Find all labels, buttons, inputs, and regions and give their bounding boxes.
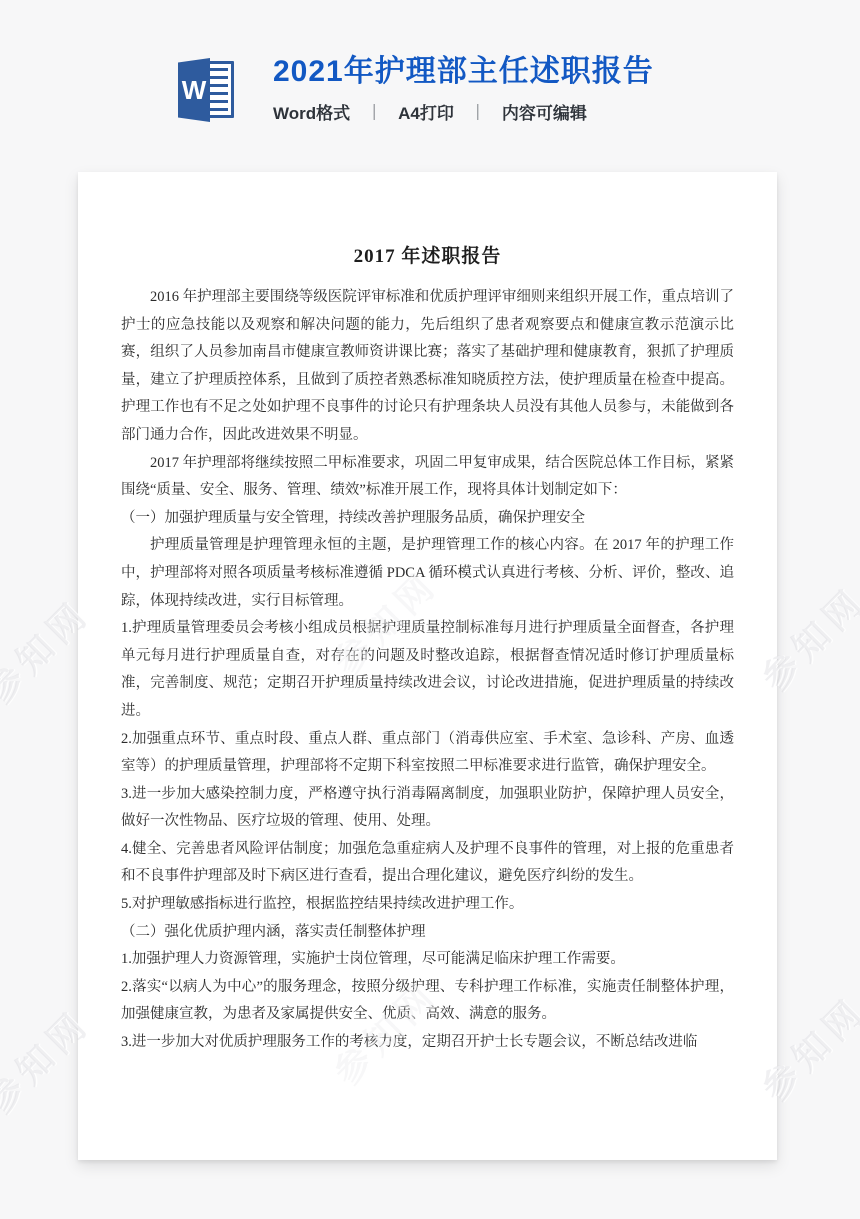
report-section-heading: （一）加强护理质量与安全管理，持续改善护理服务品质，确保护理安全: [121, 505, 734, 533]
document-format-subtitle: Word格式 ｜ A4打印 ｜ 内容可编辑: [273, 99, 654, 124]
format-badge-editable: 内容可编辑: [502, 99, 587, 124]
report-list-item: 2.加强重点环节、重点时段、重点人群、重点部门（消毒供应室、手术室、急诊科、产房…: [121, 726, 734, 781]
report-list-item: 1.加强护理人力资源管理，实施护士岗位管理，尽可能满足临床护理工作需要。: [121, 946, 734, 974]
report-list-item: 5.对护理敏感指标进行监控，根据监控结果持续改进护理工作。: [121, 891, 734, 919]
report-paragraph: 2017 年护理部将继续按照二甲标准要求，巩固二甲复审成果，结合医院总体工作目标…: [121, 450, 734, 505]
report-list-item: 3.进一步加大感染控制力度，严格遵守执行消毒隔离制度，加强职业防护，保障护理人员…: [121, 781, 734, 836]
word-icon-letter: W: [182, 77, 207, 103]
document-page-title: 2021年护理部主任述职报告: [273, 55, 654, 89]
preview-header: W 2021年护理部主任述职报告 Word格式 ｜ A4打印 ｜ 内容可编辑: [0, 0, 860, 150]
subtitle-separator: ｜: [366, 100, 382, 123]
header-text-block: 2021年护理部主任述职报告 Word格式 ｜ A4打印 ｜ 内容可编辑: [273, 55, 654, 124]
report-list-item: 4.健全、完善患者风险评估制度；加强危急重症病人及护理不良事件的管理，对上报的危…: [121, 836, 734, 891]
report-paragraph: 2016 年护理部主要围绕等级医院评审标准和优质护理评审细则来组织开展工作，重点…: [121, 284, 734, 450]
report-section-heading: （二）强化优质护理内涵，落实责任制整体护理: [121, 919, 734, 947]
format-badge-a4: A4打印: [398, 99, 454, 124]
report-list-item: 3.进一步加大对优质护理服务工作的考核力度，定期召开护士长专题会议，不断总结改进…: [121, 1029, 734, 1057]
document-preview-page: 2017 年述职报告 2016 年护理部主要围绕等级医院评审标准和优质护理评审细…: [78, 172, 777, 1160]
report-list-item: 2.落实“以病人为中心”的服务理念，按照分级护理、专科护理工作标准，实施责任制整…: [121, 974, 734, 1029]
report-list-item: 1.护理质量管理委员会考核小组成员根据护理质量控制标准每月进行护理质量全面督查，…: [121, 615, 734, 725]
word-file-icon: W: [178, 58, 234, 122]
subtitle-separator: ｜: [470, 100, 486, 123]
report-title: 2017 年述职报告: [121, 244, 734, 270]
page-root: 参知网 参知网 参知网 参知网 参知网 参知网 W 2021年护理部主任述职报告…: [0, 0, 860, 1219]
report-paragraph: 护理质量管理是护理管理永恒的主题，是护理管理工作的核心内容。在 2017 年的护…: [121, 532, 734, 615]
word-icon-front-panel: W: [178, 58, 210, 122]
format-badge-word: Word格式: [273, 99, 350, 124]
